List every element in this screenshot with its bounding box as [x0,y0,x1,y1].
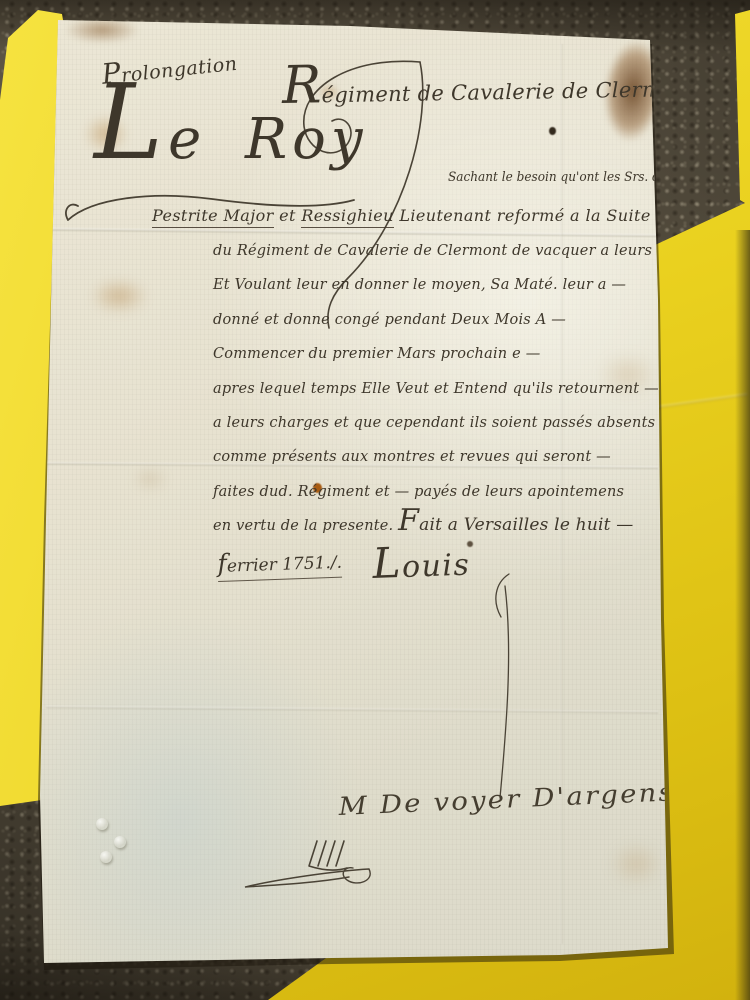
embossed-seal-mark [96,818,108,830]
body-line: a leurs charges et que cependant ils soi… [213,415,675,431]
foxing-stain [600,835,672,893]
date-line: ferrier 1751./. [217,545,342,582]
photo-of-document: Prolongation Régiment de Cavalerie de Cl… [0,0,750,1000]
fold-crease-horizontal-3 [46,705,658,713]
body-line: apres lequel temps Elle Veut et Entend q… [213,381,659,397]
embossed-seal-mark [100,851,112,863]
officers-rest: Lieutenant reformé a la Suite [394,206,651,225]
ink-spot [467,541,473,547]
closing-line-start: en vertu de la presente. [213,518,398,534]
royal-salutation: Le Roy [94,112,368,168]
body-line: donné et donne congé pendant Deux Mois A… [213,312,566,328]
closing-line: en vertu de la presente. Fait a Versaill… [213,515,633,535]
fait-a-versailles: Fait a Versailles le huit — [398,515,633,535]
body-line: Et Voulant leur en donner le moyen, Sa M… [213,277,626,293]
body-line: comme présents aux montres et revues qui… [213,449,611,465]
right-edge-shadow [735,230,750,1000]
underlined-officer-name: Pestrite Major [152,206,274,228]
salutation-continuation: Sachant le besoin qu'ont les Srs. de [448,170,667,185]
body-line: du Régiment de Cavalerie de Clermont de … [213,243,714,259]
officers-conjunction: et [274,206,302,225]
foxing-stain [126,462,174,496]
embossed-seal-mark [114,836,126,848]
fold-crease-horizontal-1 [46,228,658,237]
manuscript-document: Prolongation Régiment de Cavalerie de Cl… [0,0,750,1000]
foxing-stain [80,272,158,320]
underlined-officer-name: Ressighieu [301,206,394,228]
king-signature: Louis [372,548,471,586]
secretary-signature: M De voyer D'argenson [338,776,714,821]
body-line: faites dud. Régiment et — payés de leurs… [213,484,624,500]
officers-names-line: Pestrite Major et Ressighieu Lieutenant … [152,206,651,225]
vertical-pen-flourish [478,560,538,810]
paraph-mark [235,833,385,897]
body-line: Commencer du premier Mars prochain e — [213,346,540,362]
ink-spot [549,127,556,135]
